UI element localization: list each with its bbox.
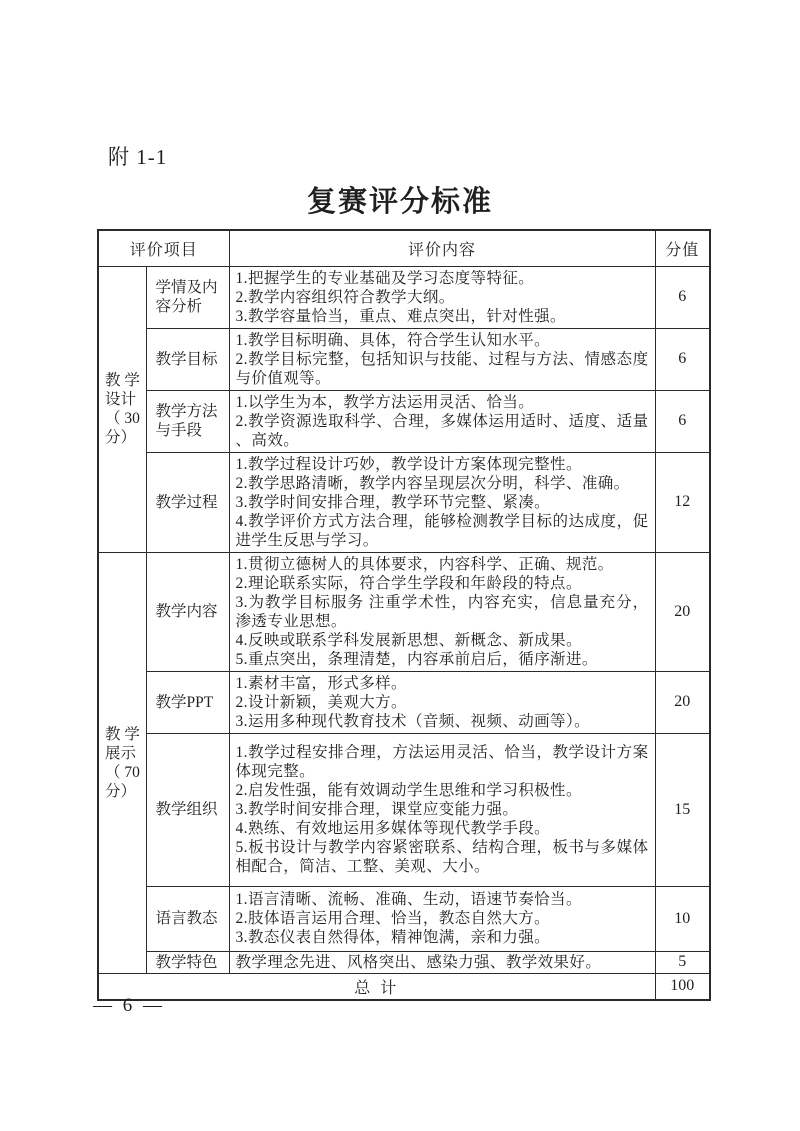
score-value: 6: [655, 328, 710, 390]
table-row: 教学特色 教学理念先进、风格突出、感染力强、教学效果好。 5: [98, 951, 710, 973]
attachment-label: 附 1-1: [108, 141, 167, 171]
criteria-item: 学情及内容分析: [146, 266, 229, 328]
column-header-content: 评价内容: [229, 230, 655, 266]
criteria-content: 1.以学生为本，教学方法运用灵活、恰当。 2.教学资源选取科学、合理，多媒体运用…: [229, 390, 655, 452]
criteria-group-label: 教 学 设计 （ 30 分）: [98, 266, 146, 552]
criteria-content: 1.素材丰富，形式多样。 2.设计新颖，美观大方。 3.运用多种现代教育技术（音…: [229, 671, 655, 733]
score-value: 12: [655, 452, 710, 552]
table-row: 教学目标 1.教学目标明确、具体，符合学生认知水平。 2.教学目标完整，包括知识…: [98, 328, 710, 390]
score-value: 5: [655, 951, 710, 973]
score-value: 15: [655, 733, 710, 886]
criteria-item: 教学目标: [146, 328, 229, 390]
criteria-content: 1.教学目标明确、具体，符合学生认知水平。 2.教学目标完整，包括知识与技能、过…: [229, 328, 655, 390]
criteria-group-label: 教 学 展示 （ 70 分）: [98, 552, 146, 973]
criteria-content: 1.教学过程安排合理，方法运用灵活、恰当，教学设计方案体现完整。 2.启发性强，…: [229, 733, 655, 886]
total-score-value: 100: [655, 973, 710, 1000]
score-value: 20: [655, 552, 710, 671]
score-value: 6: [655, 390, 710, 452]
criteria-item: 教学组织: [146, 733, 229, 886]
score-value: 10: [655, 886, 710, 951]
table-row: 教学方法与手段 1.以学生为本，教学方法运用灵活、恰当。 2.教学资源选取科学、…: [98, 390, 710, 452]
criteria-content: 教学理念先进、风格突出、感染力强、教学效果好。: [229, 951, 655, 973]
criteria-item: 教学PPT: [146, 671, 229, 733]
table-row: 教 学 展示 （ 70 分） 教学内容 1.贯彻立德树人的具体要求，内容科学、正…: [98, 552, 710, 671]
criteria-content: 1.贯彻立德树人的具体要求，内容科学、正确、规范。 2.理论联系实际，符合学生学…: [229, 552, 655, 671]
column-header-score: 分值: [655, 230, 710, 266]
criteria-item: 教学过程: [146, 452, 229, 552]
column-header-item: 评价项目: [98, 230, 229, 266]
criteria-item: 教学方法与手段: [146, 390, 229, 452]
document-page: 附 1-1 复赛评分标准 评价项目 评价内容 分值 教 学 设计 （ 30 分）…: [0, 0, 800, 1131]
table-row: 语言教态 1.语言清晰、流畅、准确、生动，语速节奏恰当。 2.肢体语言运用合理、…: [98, 886, 710, 951]
total-label: 总 计: [98, 973, 655, 1000]
scoring-criteria-table: 评价项目 评价内容 分值 教 学 设计 （ 30 分） 学情及内容分析 1.把握…: [97, 229, 711, 1001]
table-row: 教学组织 1.教学过程安排合理，方法运用灵活、恰当，教学设计方案体现完整。 2.…: [98, 733, 710, 886]
criteria-content: 1.教学过程设计巧妙，教学设计方案体现完整性。 2.教学思路清晰，教学内容呈现层…: [229, 452, 655, 552]
score-value: 6: [655, 266, 710, 328]
score-value: 20: [655, 671, 710, 733]
table-header-row: 评价项目 评价内容 分值: [98, 230, 710, 266]
page-number: — 6 —: [93, 995, 165, 1017]
table-row: 教学PPT 1.素材丰富，形式多样。 2.设计新颖，美观大方。 3.运用多种现代…: [98, 671, 710, 733]
criteria-item: 教学特色: [146, 951, 229, 973]
table-row: 教学过程 1.教学过程设计巧妙，教学设计方案体现完整性。 2.教学思路清晰，教学…: [98, 452, 710, 552]
criteria-content: 1.语言清晰、流畅、准确、生动，语速节奏恰当。 2.肢体语言运用合理、恰当，教态…: [229, 886, 655, 951]
criteria-content: 1.把握学生的专业基础及学习态度等特征。 2.教学内容组织符合教学大纲。 3.教…: [229, 266, 655, 328]
criteria-item: 语言教态: [146, 886, 229, 951]
total-row: 总 计 100: [98, 973, 710, 1000]
table-row: 教 学 设计 （ 30 分） 学情及内容分析 1.把握学生的专业基础及学习态度等…: [98, 266, 710, 328]
page-title: 复赛评分标准: [0, 179, 800, 220]
criteria-item: 教学内容: [146, 552, 229, 671]
